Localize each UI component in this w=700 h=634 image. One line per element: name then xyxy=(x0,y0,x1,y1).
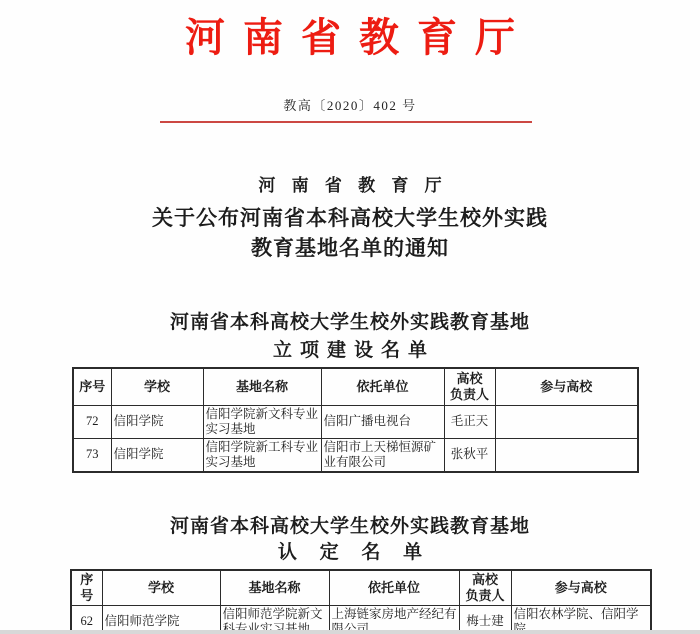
cell-index: 72 xyxy=(73,405,111,438)
establishment-table: 序号 学校 基地名称 依托单位 高校 负责人 参与高校 72 信阳学院 信阳学院… xyxy=(72,367,639,473)
cell-leader: 毛正天 xyxy=(444,405,495,438)
page-bottom-edge xyxy=(0,630,700,634)
table-header-row: 序号 学校 基地名称 依托单位 高校 负责人 参与高校 xyxy=(71,570,651,606)
header-cell-leader: 高校 负责人 xyxy=(459,570,511,606)
header-cell-supporting-unit: 依托单位 xyxy=(321,368,444,405)
section1-subheading: 立项建设名单 xyxy=(0,339,700,362)
header-cell-school: 学校 xyxy=(102,570,220,606)
header-cell-school: 学校 xyxy=(111,368,203,405)
notice-title-line2: 教育基地名单的通知 xyxy=(0,234,700,262)
cell-supporting-unit: 信阳广播电视台 xyxy=(321,405,444,438)
red-divider xyxy=(160,121,532,123)
cell-base-name: 信阳学院新文科专业实习基地 xyxy=(203,405,321,438)
section1-heading: 河南省本科高校大学生校外实践教育基地 xyxy=(0,311,700,334)
header-cell-base-name: 基地名称 xyxy=(220,570,329,606)
header-leader-line2: 负责人 xyxy=(462,588,509,604)
cell-participating xyxy=(495,438,638,472)
cell-base-name: 信阳学院新工科专业实习基地 xyxy=(203,438,321,472)
header-cell-index: 序号 xyxy=(73,368,111,405)
table-row: 72 信阳学院 信阳学院新文科专业实习基地 信阳广播电视台 毛正天 xyxy=(73,405,638,438)
header-cell-supporting-unit: 依托单位 xyxy=(329,570,459,606)
cell-participating xyxy=(495,405,638,438)
header-cell-participating: 参与高校 xyxy=(511,570,651,606)
table-header-row: 序号 学校 基地名称 依托单位 高校 负责人 参与高校 xyxy=(73,368,638,405)
notice-agency-line: 河 南 省 教 育 厅 xyxy=(0,175,700,197)
cell-school: 信阳学院 xyxy=(111,405,203,438)
cell-leader: 张秋平 xyxy=(444,438,495,472)
header-cell-leader: 高校 负责人 xyxy=(444,368,495,405)
document-page: 河南省教育厅 教高〔2020〕402 号 河 南 省 教 育 厅 关于公布河南省… xyxy=(0,0,700,634)
header-cell-participating: 参与高校 xyxy=(495,368,638,405)
header-cell-index: 序号 xyxy=(71,570,102,606)
header-leader-line1: 高校 xyxy=(462,572,509,588)
header-cell-base-name: 基地名称 xyxy=(203,368,321,405)
cell-index: 73 xyxy=(73,438,111,472)
cell-school: 信阳学院 xyxy=(111,438,203,472)
table-row: 73 信阳学院 信阳学院新工科专业实习基地 信阳市上天梯恒源矿业有限公司 张秋平 xyxy=(73,438,638,472)
header-leader-line1: 高校 xyxy=(447,371,493,387)
agency-title: 河南省教育厅 xyxy=(0,0,700,62)
header-leader-line2: 负责人 xyxy=(447,387,493,403)
recognition-table: 序号 学校 基地名称 依托单位 高校 负责人 参与高校 62 信阳师范学院 信阳… xyxy=(70,569,652,634)
doc-number: 教高〔2020〕402 号 xyxy=(0,99,700,113)
section2-subheading: 认 定 名 单 xyxy=(0,541,700,564)
cell-supporting-unit: 信阳市上天梯恒源矿业有限公司 xyxy=(321,438,444,472)
notice-title-line1: 关于公布河南省本科高校大学生校外实践 xyxy=(0,204,700,232)
section2-heading: 河南省本科高校大学生校外实践教育基地 xyxy=(0,515,700,538)
